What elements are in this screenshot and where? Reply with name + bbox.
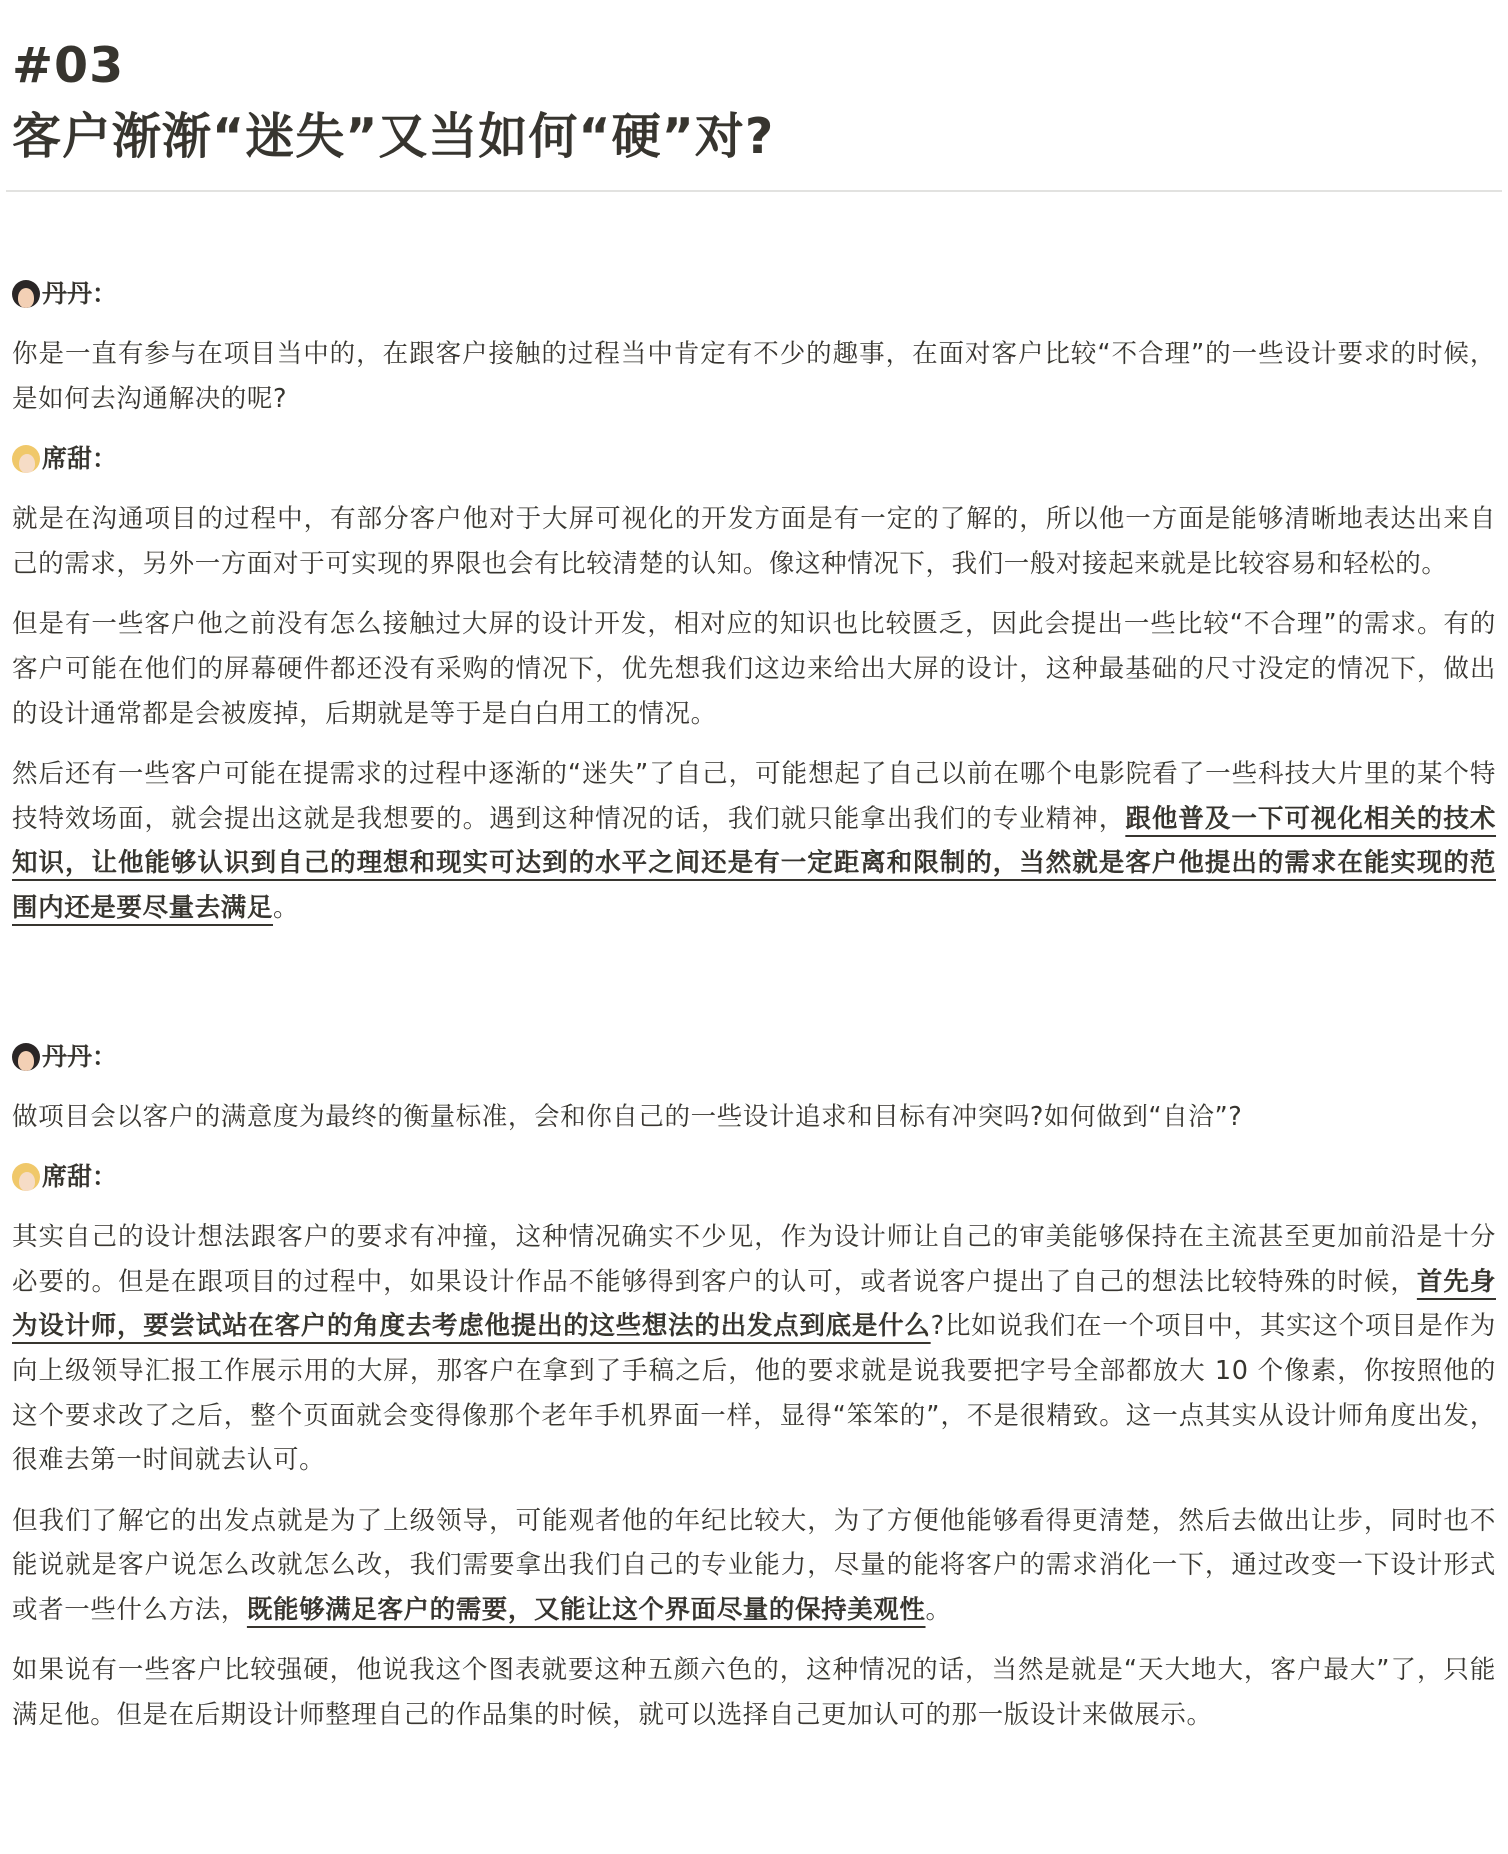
answer-paragraph: 就是在沟通项目的过程中，有部分客户他对于大屏可视化的开发方面是有一定的了解的，所… [12,497,1496,586]
woman-blonde-ponytail-emoji-icon [12,445,40,473]
question-text: 你是一直有参与在项目当中的，在跟客户接触的过程当中肯定有不少的趣事，在面对客户比… [12,332,1496,421]
question-text: 做项目会以客户的满意度为最终的衡量标准，会和你自己的一些设计追求和目标有冲突吗?… [12,1095,1496,1140]
answer-paragraph: 但我们了解它的出发点就是为了上级领导，可能观者他的年纪比较大，为了方便他能够看得… [12,1499,1496,1633]
answer-paragraph: 然后还有一些客户可能在提需求的过程中逐渐的“迷失”了自己，可能想起了自己以前在哪… [12,752,1496,930]
page-title: #03 客户渐渐“迷失”又当如何“硬”对? [12,0,1496,172]
interview-content: 丹丹： 你是一直有参与在项目当中的，在跟客户接触的过程当中肯定有不少的趣事，在面… [12,272,1496,1754]
divider [6,190,1502,192]
speaker-label-xitian: 席甜： [12,437,1496,481]
speaker-label-dandan: 丹丹： [12,1035,1496,1079]
qa-section-1: 丹丹： 你是一直有参与在项目当中的，在跟客户接触的过程当中肯定有不少的趣事，在面… [12,272,1496,931]
qa-section-2: 丹丹： 做项目会以客户的满意度为最终的衡量标准，会和你自己的一些设计追求和目标有… [12,1035,1496,1738]
title-text: 客户渐渐“迷失”又当如何“硬”对? [12,101,1496,172]
emphasis-text: 既能够满足客户的需要，又能让这个界面尽量的保持美观性 [247,1595,926,1625]
woman-dark-hair-emoji-icon [12,1043,40,1071]
answer-paragraph: 如果说有一些客户比较强硬，他说我这个图表就要这种五颜六色的，这种情况的话，当然是… [12,1648,1496,1737]
title-number: #03 [12,30,1496,101]
woman-blonde-ponytail-emoji-icon [12,1163,40,1191]
answer-paragraph: 但是有一些客户他之前没有怎么接触过大屏的设计开发，相对应的知识也比较匮乏，因此会… [12,602,1496,736]
article: #03 客户渐渐“迷失”又当如何“硬”对? 丹丹： 你是一直有参与在项目当中的，… [12,0,1496,172]
speaker-label-dandan: 丹丹： [12,272,1496,316]
woman-dark-hair-emoji-icon [12,280,40,308]
speaker-label-xitian: 席甜： [12,1155,1496,1199]
answer-paragraph: 其实自己的设计想法跟客户的要求有冲撞，这种情况确实不少见，作为设计师让自己的审美… [12,1215,1496,1483]
